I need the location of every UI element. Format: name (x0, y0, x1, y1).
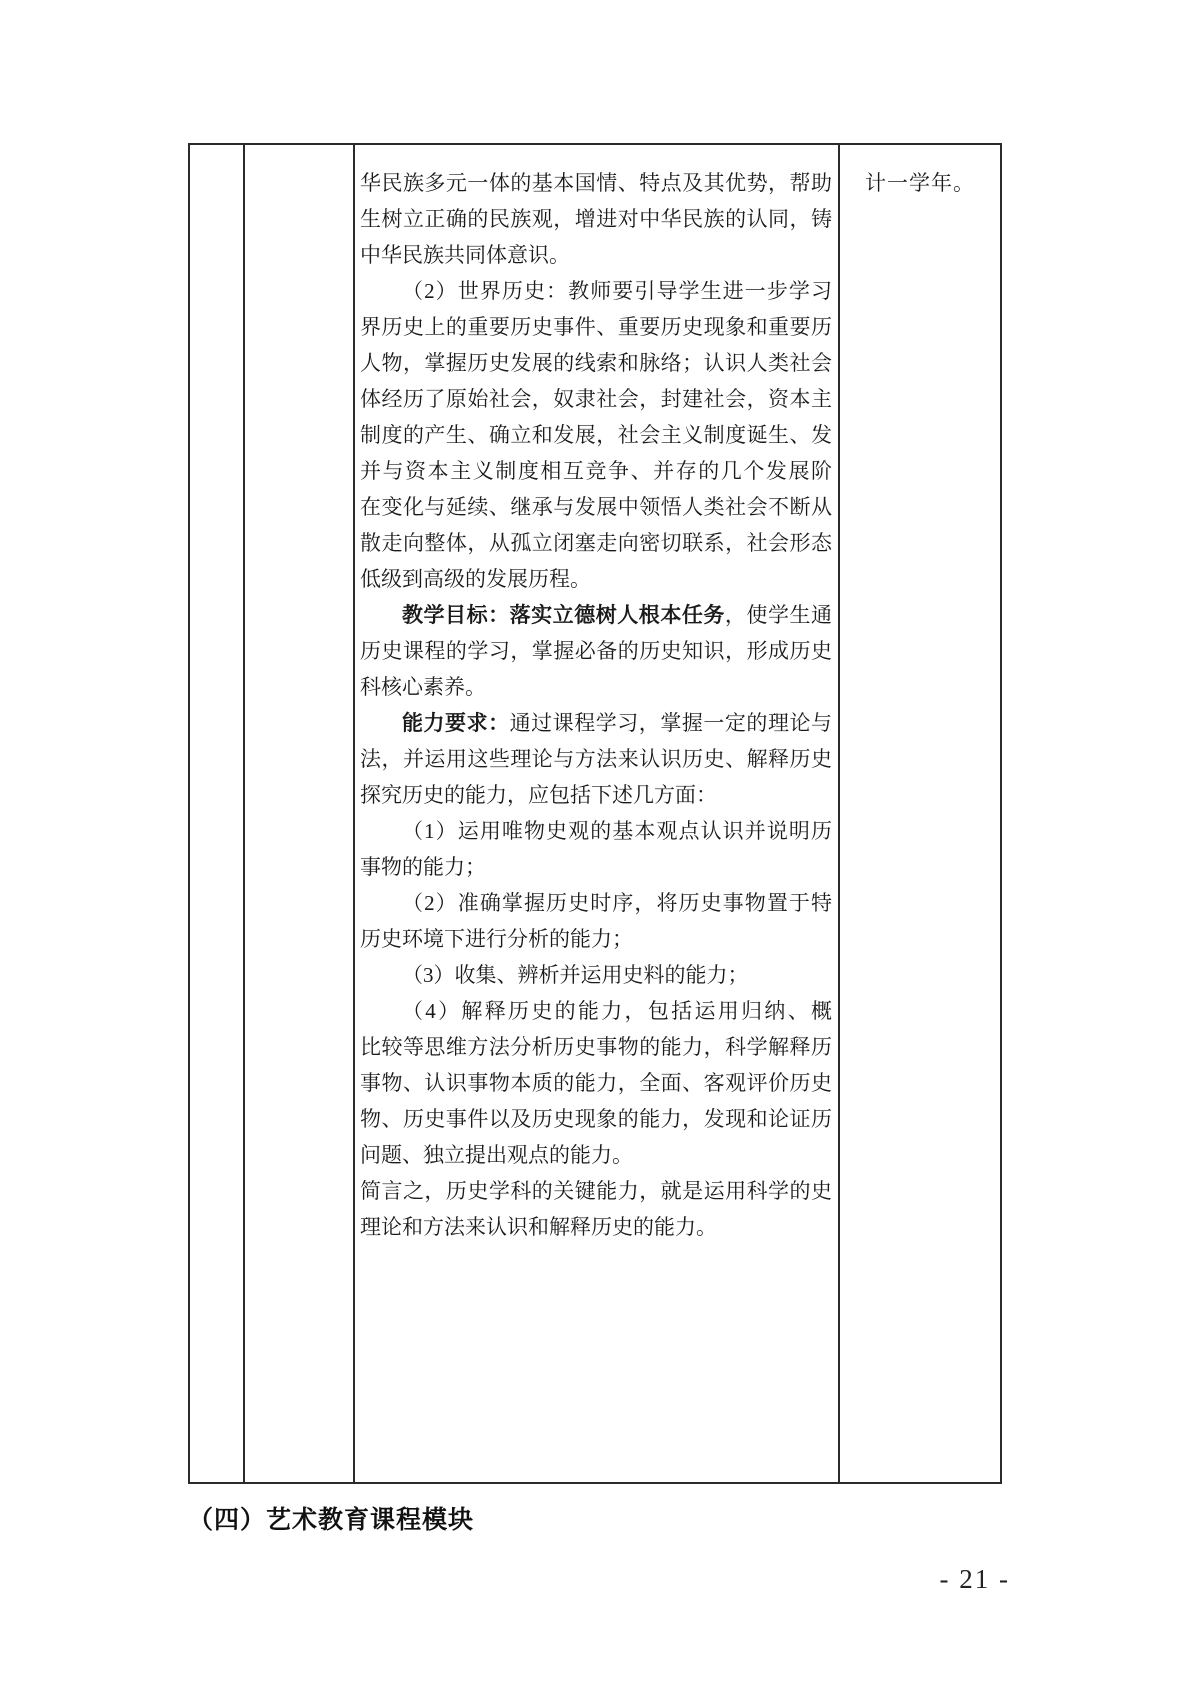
text-line: 在变化与延续、继承与发展中领悟人类社会不断从分 (360, 489, 832, 525)
text-line: 并与资本主义制度相互竞争、并存的几个发展阶段； (360, 453, 832, 489)
section-heading: （四）艺术教育课程模块 (188, 1500, 474, 1536)
text-line: 华民族多元一体的基本国情、特点及其优势，帮助学 (360, 165, 832, 201)
text-line: （1）运用唯物史观的基本观点认识并说明历史 (360, 813, 832, 849)
text-line: 事物、认识事物本质的能力，全面、客观评价历史人 (360, 1065, 832, 1101)
text-line: （2）准确掌握历史时序，将历史事物置于特定 (360, 885, 832, 921)
text-line: 事物的能力； (360, 849, 832, 885)
text-line: 理论和方法来认识和解释历史的能力。 (360, 1209, 832, 1245)
duration-text: 计一学年。 (840, 165, 1000, 201)
text-line: 简言之，历史学科的关键能力，就是运用科学的史学 (360, 1173, 832, 1209)
text-line: （4）解释历史的能力，包括运用归纳、概括、 (360, 993, 832, 1029)
table-cell-course-description: 华民族多元一体的基本国情、特点及其优势，帮助学生树立正确的民族观，增进对中华民族… (355, 145, 840, 1482)
bold-run: 教学目标：落实立德树人根本任务 (402, 603, 725, 627)
text-line: 比较等思维方法分析历史事物的能力，科学解释历史 (360, 1029, 832, 1065)
text-line: 能力要求：通过课程学习，掌握一定的理论与方 (360, 705, 832, 741)
text-line: 问题、独立提出观点的能力。 (360, 1137, 832, 1173)
text-line: 历史环境下进行分析的能力； (360, 921, 832, 957)
bold-run: 能力要求： (402, 711, 510, 735)
text-line: 生树立正确的民族观，增进对中华民族的认同，铸牢 (360, 201, 832, 237)
text-line: 探究历史的能力，应包括下述几方面： (360, 777, 832, 813)
page-number: - 21 - (940, 1564, 1010, 1595)
text-line: 低级到高级的发展历程。 (360, 561, 832, 597)
main-cell-lines: 华民族多元一体的基本国情、特点及其优势，帮助学生树立正确的民族观，增进对中华民族… (360, 165, 832, 1245)
text-line: 制度的产生、确立和发展，社会主义制度诞生、发展 (360, 417, 832, 453)
table-cell-empty-2 (245, 145, 355, 1482)
text-line: 科核心素养。 (360, 669, 832, 705)
text-line: 教学目标：落实立德树人根本任务，使学生通过 (360, 597, 832, 633)
text-line: 界历史上的重要历史事件、重要历史现象和重要历史 (360, 309, 832, 345)
text-line: 人物，掌握历史发展的线索和脉络；认识人类社会大 (360, 345, 832, 381)
text-line: 体经历了原始社会，奴隶社会，封建社会，资本主义 (360, 381, 832, 417)
curriculum-table: 华民族多元一体的基本国情、特点及其优势，帮助学生树立正确的民族观，增进对中华民族… (188, 143, 1002, 1484)
text-line: 物、历史事件以及历史现象的能力，发现和论证历史 (360, 1101, 832, 1137)
table-cell-empty-1 (190, 145, 245, 1482)
text-line: （2）世界历史：教师要引导学生进一步学习世 (360, 273, 832, 309)
text-line: （3）收集、辨析并运用史料的能力； (360, 957, 832, 993)
text-line: 中华民族共同体意识。 (360, 237, 832, 273)
table-cell-duration: 计一学年。 (840, 145, 1000, 1482)
text-line: 法，并运用这些理论与方法来认识历史、解释历史和 (360, 741, 832, 777)
text-line: 历史课程的学习，掌握必备的历史知识，形成历史学 (360, 633, 832, 669)
document-page: 华民族多元一体的基本国情、特点及其优势，帮助学生树立正确的民族观，增进对中华民族… (0, 0, 1191, 1684)
text-line: 散走向整体，从孤立闭塞走向密切联系，社会形态从 (360, 525, 832, 561)
